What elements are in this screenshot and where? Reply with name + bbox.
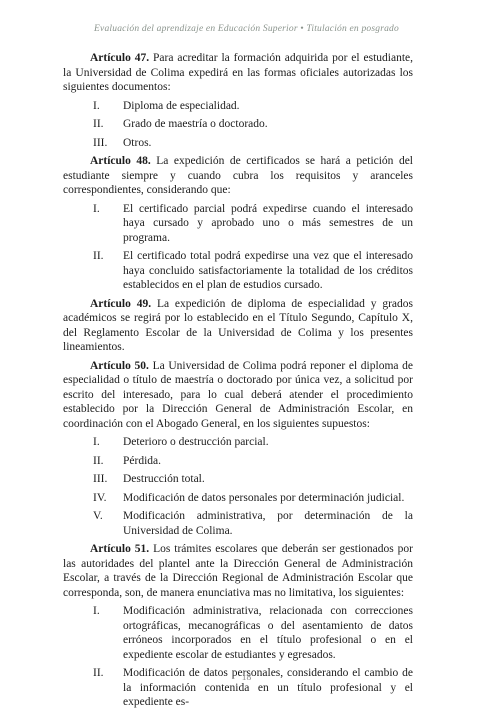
list-item-text: Grado de maestría o doctorado. xyxy=(123,118,268,130)
list-item-numeral: V. xyxy=(93,509,103,524)
article-lead: Artículo 51. xyxy=(90,543,149,555)
list-item-text: El certificado parcial podrá expedirse c… xyxy=(123,203,413,244)
list-item-numeral: III. xyxy=(93,472,107,487)
list-item-numeral: I. xyxy=(93,604,100,619)
list-item-text: Diploma de especialidad. xyxy=(123,100,240,112)
list-item: V.Modificación administrativa, por deter… xyxy=(63,509,413,538)
article-paragraph: Artículo 47. Para acreditar la formación… xyxy=(63,51,413,95)
document-body: Artículo 47. Para acreditar la formación… xyxy=(63,51,413,710)
list-item: I.Modificación administrativa, relaciona… xyxy=(63,604,413,662)
list-item-numeral: IV. xyxy=(93,491,107,506)
list-item-numeral: I. xyxy=(93,202,100,217)
list-item: I.El certificado parcial podrá expedirse… xyxy=(63,202,413,246)
article-lead: Artículo 47. xyxy=(90,52,149,64)
list-item-numeral: II. xyxy=(93,117,104,132)
article-lead: Artículo 49. xyxy=(90,298,151,310)
list-item: III.Otros. xyxy=(63,136,413,151)
list-item-text: El certificado total podrá expedirse una… xyxy=(123,250,413,291)
list-item: I.Diploma de especialidad. xyxy=(63,99,413,114)
running-header: Evaluación del aprendizaje en Educación … xyxy=(0,24,493,34)
list-item-text: Pérdida. xyxy=(123,455,161,467)
list-item: I.Deterioro o destrucción parcial. xyxy=(63,435,413,450)
article-lead: Artículo 50. xyxy=(90,360,149,372)
list-item: III.Destrucción total. xyxy=(63,472,413,487)
list-item-text: Deterioro o destrucción parcial. xyxy=(123,436,269,448)
list-item-text: Destrucción total. xyxy=(123,473,205,485)
list-item-text: Modificación administrativa, relacionada… xyxy=(123,605,413,661)
list-item: II.El certificado total podrá expedirse … xyxy=(63,249,413,293)
article-paragraph: Artículo 49. La expedición de diploma de… xyxy=(63,297,413,355)
list-item-text: Modificación de datos personales por det… xyxy=(123,492,404,504)
list-item-numeral: II. xyxy=(93,249,104,264)
list-item: II.Pérdida. xyxy=(63,454,413,469)
list-item-numeral: I. xyxy=(93,435,100,450)
page-number: 18 xyxy=(0,673,493,683)
article-lead: Artículo 48. xyxy=(90,155,151,167)
list-item: II.Grado de maestría o doctorado. xyxy=(63,117,413,132)
list-item: IV.Modificación de datos personales por … xyxy=(63,491,413,506)
article-paragraph: Artículo 51. Los trámites escolares que … xyxy=(63,542,413,600)
list-item-text: Modificación administrativa, por determi… xyxy=(123,510,413,537)
list-item-numeral: II. xyxy=(93,454,104,469)
document-page: Evaluación del aprendizaje en Educación … xyxy=(0,0,493,715)
list-item-numeral: III. xyxy=(93,136,107,151)
article-paragraph: Artículo 50. La Universidad de Colima po… xyxy=(63,359,413,432)
list-item-text: Otros. xyxy=(123,137,151,149)
article-paragraph: Artículo 48. La expedición de certificad… xyxy=(63,154,413,198)
list-item-numeral: I. xyxy=(93,99,100,114)
